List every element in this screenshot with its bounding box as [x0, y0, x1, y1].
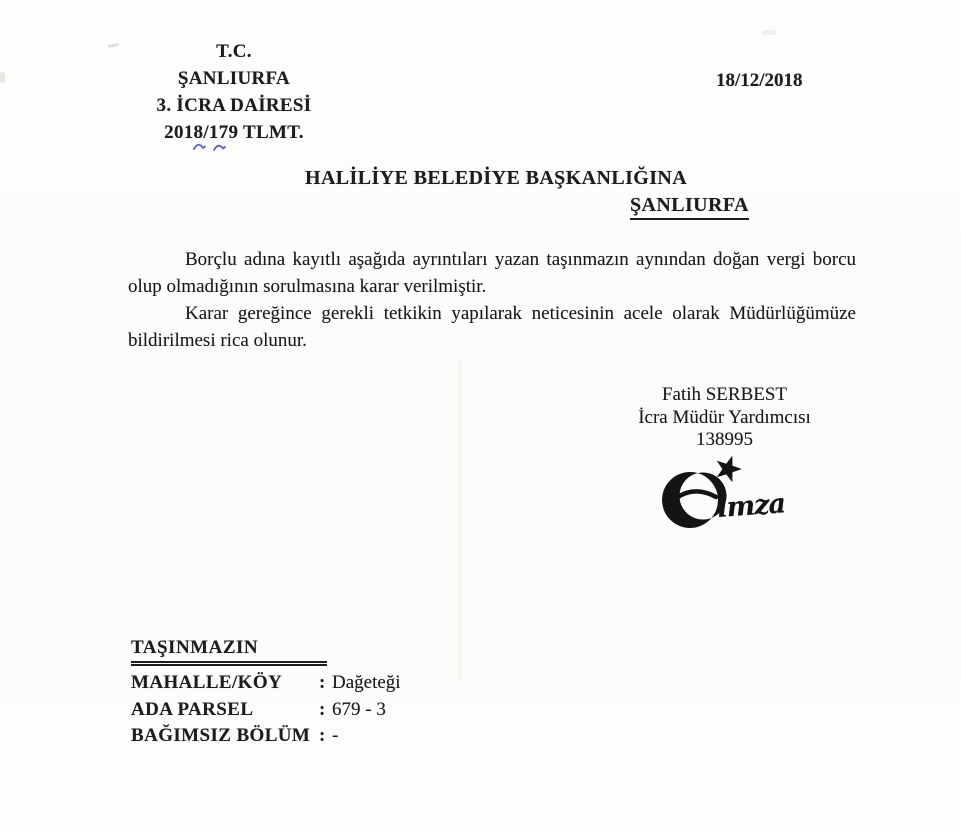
- stamp-label: imza: [716, 488, 786, 524]
- signer-name: Fatih SERBEST: [622, 384, 827, 407]
- property-label: BAĞIMSIZ BÖLÜM: [131, 723, 319, 750]
- letterhead: T.C. ŞANLIURFA 3. İCRA DAİRESİ 2018/179 …: [118, 38, 350, 146]
- blue-pen-tick-icon: [191, 139, 237, 154]
- property-value: -: [332, 723, 338, 750]
- signer-title: İcra Müdür Yardımcısı: [622, 407, 827, 430]
- scan-speck: [458, 360, 461, 680]
- signature-block: Fatih SERBEST İcra Müdür Yardımcısı 1389…: [622, 384, 827, 534]
- letter-body: Borçlu adına kayıtlı aşağıda ayrıntıları…: [128, 246, 856, 354]
- body-paragraph-1: Borçlu adına kayıtlı aşağıda ayrıntıları…: [128, 246, 856, 300]
- scan-speck: [762, 30, 777, 35]
- letterhead-line-city: ŞANLIURFA: [118, 65, 350, 92]
- property-label: MAHALLE/KÖY: [131, 670, 319, 697]
- property-row-bagimsiz-bolum: BAĞIMSIZ BÖLÜM : -: [131, 723, 401, 750]
- crescent-star-e-imza-stamp-icon: imza: [660, 454, 804, 534]
- property-section: TAŞINMAZIN MAHALLE/KÖY : Dağeteği ADA PA…: [131, 637, 401, 750]
- property-label: ADA PARSEL: [131, 697, 319, 724]
- letterhead-line-office: 3. İCRA DAİRESİ: [118, 92, 350, 119]
- property-separator: :: [319, 670, 332, 697]
- body-paragraph-2: Karar gereğince gerekli tetkikin yapılar…: [128, 300, 856, 354]
- addressee-city: ŞANLIURFA: [630, 194, 749, 220]
- property-separator: :: [319, 697, 332, 724]
- property-value: 679 - 3: [332, 697, 386, 724]
- addressee-recipient: HALİLİYE BELEDİYE BAŞKANLIĞINA: [305, 167, 687, 190]
- scan-speck: [0, 72, 5, 83]
- property-separator: :: [319, 723, 332, 750]
- signer-registry-no: 138995: [622, 429, 827, 452]
- letterhead-line-tc: T.C.: [118, 38, 350, 65]
- property-section-heading: TAŞINMAZIN: [131, 637, 327, 666]
- property-row-mahalle: MAHALLE/KÖY : Dağeteği: [131, 670, 401, 697]
- property-value: Dağeteği: [332, 670, 401, 697]
- property-row-ada-parsel: ADA PARSEL : 679 - 3: [131, 697, 401, 724]
- property-rows: MAHALLE/KÖY : Dağeteği ADA PARSEL : 679 …: [131, 670, 401, 750]
- document-date: 18/12/2018: [716, 70, 803, 92]
- scanned-letter-page: T.C. ŞANLIURFA 3. İCRA DAİRESİ 2018/179 …: [0, 0, 961, 832]
